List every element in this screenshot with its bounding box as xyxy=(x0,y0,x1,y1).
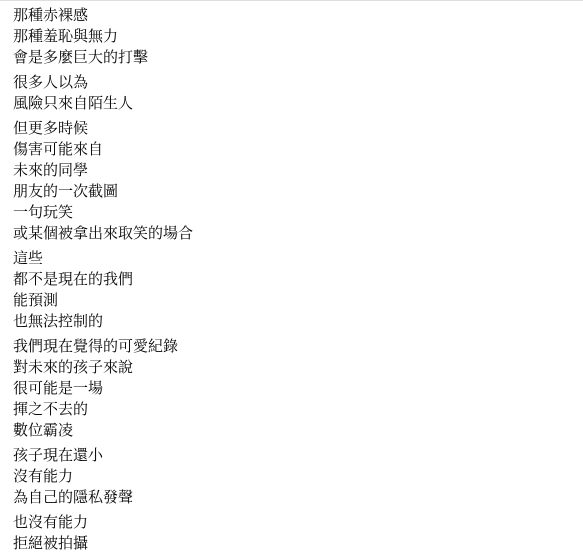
text-line: 也無法控制的 xyxy=(13,313,103,330)
paragraph: 那種赤裸感那種羞恥與無力會是多麼巨大的打擊 xyxy=(13,5,567,68)
text-line: 都不是現在的我們 xyxy=(13,271,133,288)
text-line: 但更多時候 xyxy=(13,120,88,137)
text-line: 傷害可能來自 xyxy=(13,141,103,158)
paragraph: 這些都不是現在的我們能預測也無法控制的 xyxy=(13,248,567,332)
text-line: 那種羞恥與無力 xyxy=(13,28,118,45)
text-line: 也沒有能力 xyxy=(13,514,88,531)
text-line: 會是多麼巨大的打擊 xyxy=(13,49,148,66)
text-line: 風險只來自陌生人 xyxy=(13,95,133,112)
text-line: 我們現在覺得的可愛紀錄 xyxy=(13,338,178,355)
text-line: 朋友的一次截圖 xyxy=(13,183,118,200)
text-line: 很可能是一場 xyxy=(13,380,103,397)
paragraph: 但更多時候傷害可能來自未來的同學朋友的一次截圖一句玩笑或某個被拿出來取笑的場合 xyxy=(13,118,567,244)
text-line: 一句玩笑 xyxy=(13,204,73,221)
post-text: 那種赤裸感那種羞恥與無力會是多麼巨大的打擊很多人以為風險只來自陌生人但更多時候傷… xyxy=(0,0,583,553)
paragraph: 也沒有能力拒絕被拍攝 xyxy=(13,512,567,553)
text-line: 數位霸凌 xyxy=(13,422,73,439)
text-line: 為自己的隱私發聲 xyxy=(13,489,133,506)
text-line: 這些 xyxy=(13,250,43,267)
paragraph: 很多人以為風險只來自陌生人 xyxy=(13,72,567,114)
text-line: 很多人以為 xyxy=(13,74,88,91)
text-line: 孩子現在還小 xyxy=(13,447,103,464)
text-line: 那種赤裸感 xyxy=(13,7,88,24)
text-line: 對未來的孩子來說 xyxy=(13,359,133,376)
paragraph: 我們現在覺得的可愛紀錄對未來的孩子來說很可能是一場揮之不去的數位霸凌 xyxy=(13,336,567,441)
text-line: 或某個被拿出來取笑的場合 xyxy=(13,225,193,242)
text-line: 拒絕被拍攝 xyxy=(13,535,88,552)
paragraph: 孩子現在還小沒有能力為自己的隱私發聲 xyxy=(13,445,567,508)
text-line: 能預測 xyxy=(13,292,58,309)
text-line: 沒有能力 xyxy=(13,468,73,485)
text-line: 揮之不去的 xyxy=(13,401,88,418)
text-line: 未來的同學 xyxy=(13,162,88,179)
